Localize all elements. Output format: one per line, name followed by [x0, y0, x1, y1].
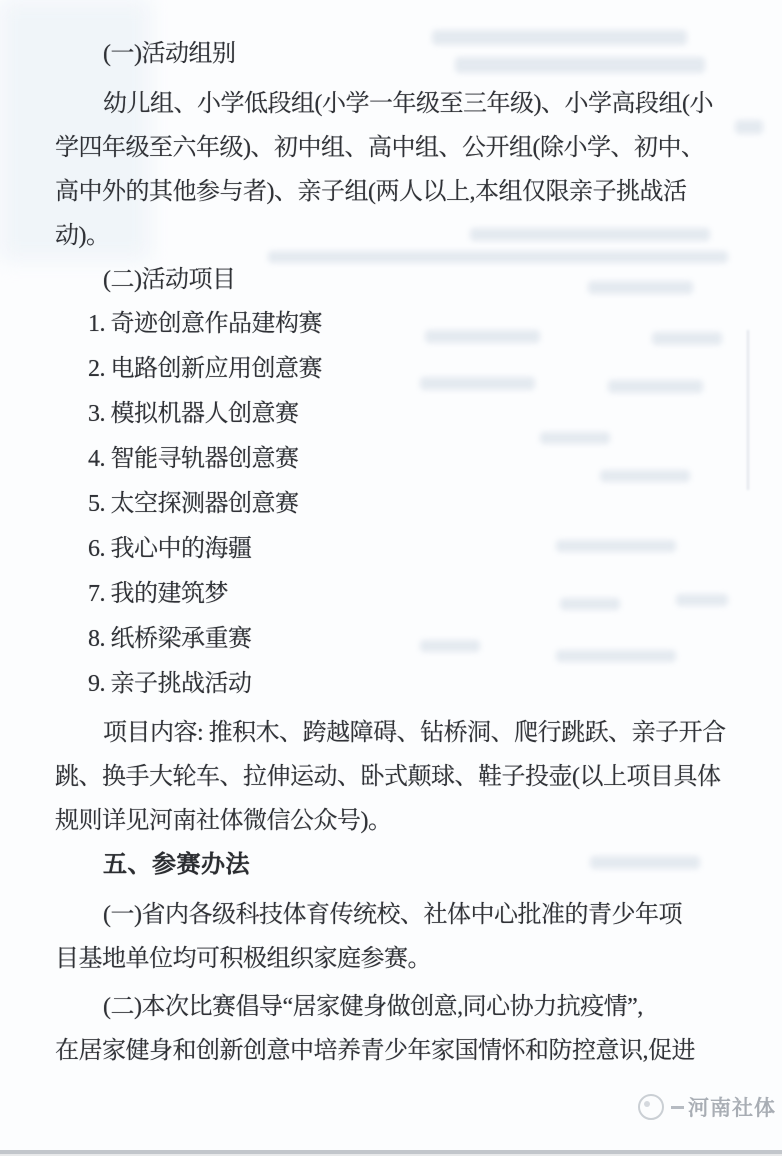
activity-item: 7. 我的建筑梦: [55, 572, 760, 617]
paragraph-line: 高中外的其他参与者)、亲子组(两人以上,本组仅限亲子挑战活: [55, 170, 760, 214]
paragraph-line: 项目内容: 推积木、跨越障碍、钻桥洞、爬行跳跃、亲子开合: [55, 711, 760, 755]
paragraph-line: 目基地单位均可积极组织家庭参赛。: [55, 937, 760, 981]
section-a-heading: (一)活动组别: [55, 32, 760, 76]
activity-item: 9. 亲子挑战活动: [55, 662, 760, 707]
paragraph-line: 跳、换手大轮车、拉伸运动、卧式颠球、鞋子投壶(以上项目具体: [55, 755, 760, 799]
paragraph-line: 学四年级至六年级)、初中组、高中组、公开组(除小学、初中、: [55, 126, 760, 170]
activity-item: 2. 电路创新应用创意赛: [55, 347, 760, 392]
activity-item: 3. 模拟机器人创意赛: [55, 392, 760, 437]
document-body: (一)活动组别 幼儿组、小学低段组(小学一年级至三年级)、小学高段组(小 学四年…: [55, 32, 760, 1073]
section-b-heading: (二)活动项目: [55, 258, 760, 302]
activity-groups-paragraph: 幼儿组、小学低段组(小学一年级至三年级)、小学高段组(小 学四年级至六年级)、初…: [55, 82, 760, 258]
activity-item: 4. 智能寻轨器创意赛: [55, 437, 760, 482]
activity-item: 1. 奇迹创意作品建构赛: [55, 302, 760, 347]
paragraph-line: (二)本次比赛倡导“居家健身做创意,同心协力抗疫情”,: [55, 985, 760, 1029]
activity-items-list: 1. 奇迹创意作品建构赛 2. 电路创新应用创意赛 3. 模拟机器人创意赛 4.…: [55, 302, 760, 707]
item-content-paragraph: 项目内容: 推积木、跨越障碍、钻桥洞、爬行跳跃、亲子开合 跳、换手大轮车、拉伸运…: [55, 711, 760, 843]
scanned-document-page: (一)活动组别 幼儿组、小学低段组(小学一年级至三年级)、小学高段组(小 学四年…: [0, 0, 782, 1156]
watermark: 河南社体: [638, 1092, 776, 1122]
activity-item: 8. 纸桥梁承重赛: [55, 617, 760, 662]
watermark-label: 河南社体: [688, 1092, 776, 1122]
activity-item: 6. 我心中的海疆: [55, 527, 760, 572]
paragraph-line: 幼儿组、小学低段组(小学一年级至三年级)、小学高段组(小: [55, 82, 760, 126]
henan-shehui-logo-icon: [638, 1094, 664, 1120]
section-five-heading: 五、参赛办法: [55, 843, 760, 887]
paragraph-line: 规则详见河南社体微信公众号)。: [55, 799, 760, 843]
paragraph-line: 动)。: [55, 214, 760, 258]
paragraph-line: (一)省内各级科技体育传统校、社体中心批准的青少年项: [55, 893, 760, 937]
watermark-dash: [671, 1106, 684, 1109]
paragraph-line: 在居家健身和创新创意中培养青少年家国情怀和防控意识,促进: [55, 1029, 760, 1073]
methods-paragraph-two: (二)本次比赛倡导“居家健身做创意,同心协力抗疫情”, 在居家健身和创新创意中培…: [55, 985, 760, 1073]
activity-item: 5. 太空探测器创意赛: [55, 482, 760, 527]
methods-paragraph-one: (一)省内各级科技体育传统校、社体中心批准的青少年项 目基地单位均可积极组织家庭…: [55, 893, 760, 981]
